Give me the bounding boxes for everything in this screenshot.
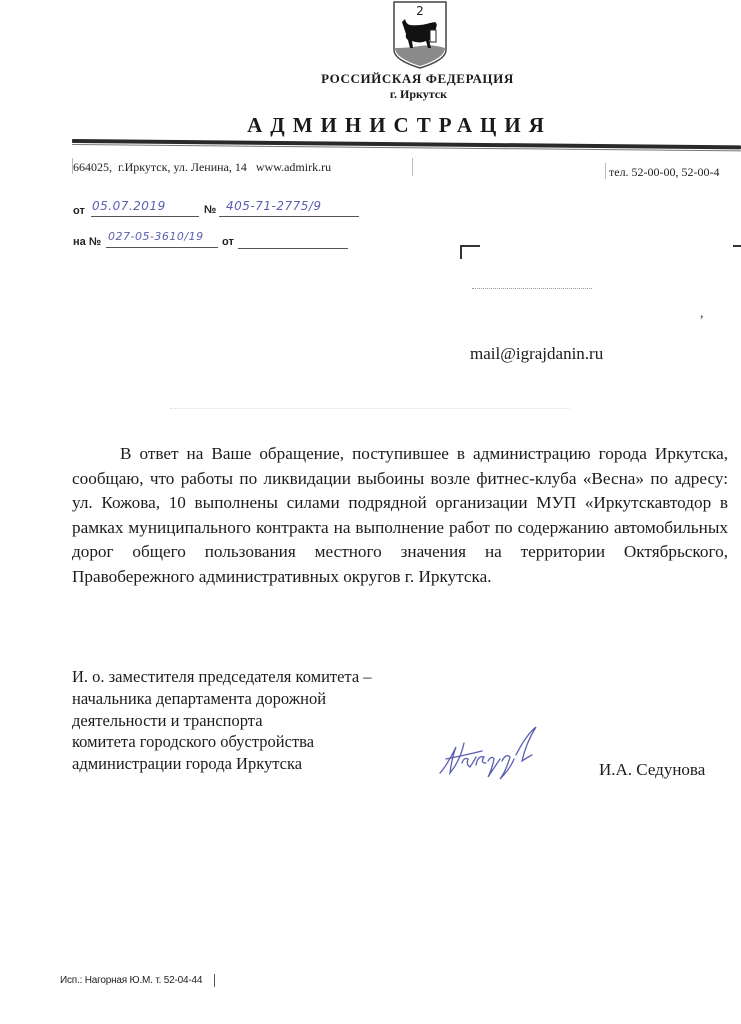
position-line: деятельности и транспорта [72,711,263,730]
field-bar [214,974,215,987]
number-underline [219,216,359,217]
coat-of-arms-emblem: 2 [390,0,450,70]
reply-number-label: на № [73,236,101,248]
letter-body: В ответ на Ваше обращение, поступившее в… [72,442,728,589]
reply-number-underline [106,247,218,248]
redacted-salutation [170,408,570,410]
address-corner-mark [460,245,480,259]
date-underline [91,216,199,217]
outgoing-number: 405-71-2775/9 [226,199,322,213]
handwritten-signature [432,723,562,783]
country-title: РОССИЙСКАЯ ФЕДЕРАЦИЯ [0,71,741,87]
position-line: И. о. заместителя председателя комитета … [72,667,372,686]
signer-position: И. о. заместителя председателя комитета … [72,666,372,775]
organization-title: АДМИНИСТРАЦИЯ [0,113,741,138]
executor-line: Исп.: Нагорная Ю.М. т. 52-04-44 [60,975,202,986]
body-paragraph: В ответ на Ваше обращение, поступившее в… [72,442,728,589]
punctuation-mark: , [700,306,704,322]
city-title: г. Иркутск [0,87,741,102]
position-line: начальника департамента дорожной [72,689,326,708]
date-label: от [73,205,85,217]
svg-text:2: 2 [416,4,424,18]
number-label: № [204,204,216,216]
position-line: администрации города Иркутска [72,754,302,773]
signer-name: И.А. Седунова [599,760,705,780]
recipient-email: mail@igrajdanin.ru [470,344,603,364]
reply-date-underline [238,248,348,249]
field-bar [605,163,606,179]
field-bar [412,158,413,176]
address-line: 664025, г.Иркутск, ул. Ленина, 14 www.ad… [73,160,331,175]
reply-to-number: 027-05-3610/19 [108,230,204,243]
position-line: комитета городского обустройства [72,732,314,751]
redacted-recipient-name [472,288,592,290]
outgoing-date: 05.07.2019 [92,199,166,213]
reply-date-label: от [222,236,234,248]
address-corner-mark [733,245,741,247]
phone-line: тел. 52-00-00, 52-00-4 [609,165,720,180]
